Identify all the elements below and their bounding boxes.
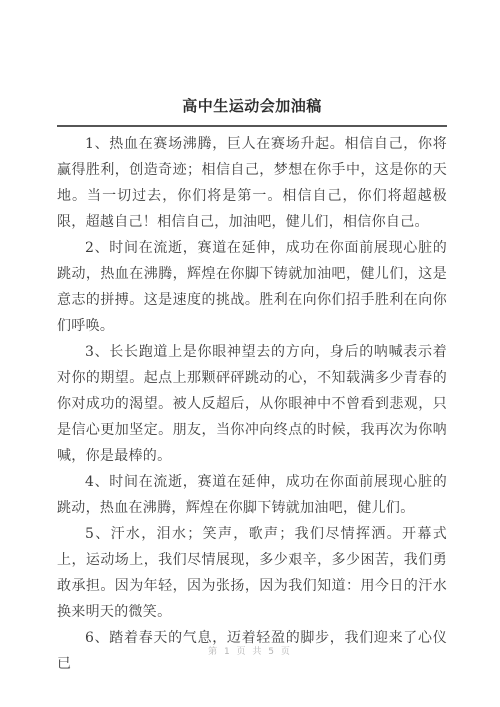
paragraph: 4、时间在流逝，赛道在延伸，成功在你面前展现心脏的跳动，热血在沸腾，辉煌在你脚下… [57, 469, 447, 521]
page-footer: 第 1 页 共 5 页 [0, 644, 500, 657]
page-indicator: 第 1 页 共 5 页 [208, 647, 292, 657]
paragraph: 5、汗水，泪水；笑声，歌声；我们尽情挥洒。开幕式上，运动场上，我们尽情展现，多少… [57, 521, 447, 625]
document-content: 高中生运动会加油稿 1、热血在赛场沸腾，巨人在赛场升起。相信自己，你将赢得胜利，… [57, 0, 447, 677]
document-body: 1、热血在赛场沸腾，巨人在赛场升起。相信自己，你将赢得胜利，创造奇迹；相信自己，… [57, 131, 447, 677]
document-title: 高中生运动会加油稿 [57, 97, 447, 116]
paragraph: 3、长长跑道上是你眼神望去的方向，身后的呐喊表示着对你的期望。起点上那颗砰砰跳动… [57, 339, 447, 469]
paragraph: 2、时间在流逝，赛道在延伸，成功在你面前展现心脏的跳动，热血在沸腾，辉煌在你脚下… [57, 235, 447, 339]
title-divider [57, 125, 447, 127]
paragraph: 1、热血在赛场沸腾，巨人在赛场升起。相信自己，你将赢得胜利，创造奇迹；相信自己，… [57, 131, 447, 235]
document-page: 高中生运动会加油稿 1、热血在赛场沸腾，巨人在赛场升起。相信自己，你将赢得胜利，… [0, 0, 500, 707]
